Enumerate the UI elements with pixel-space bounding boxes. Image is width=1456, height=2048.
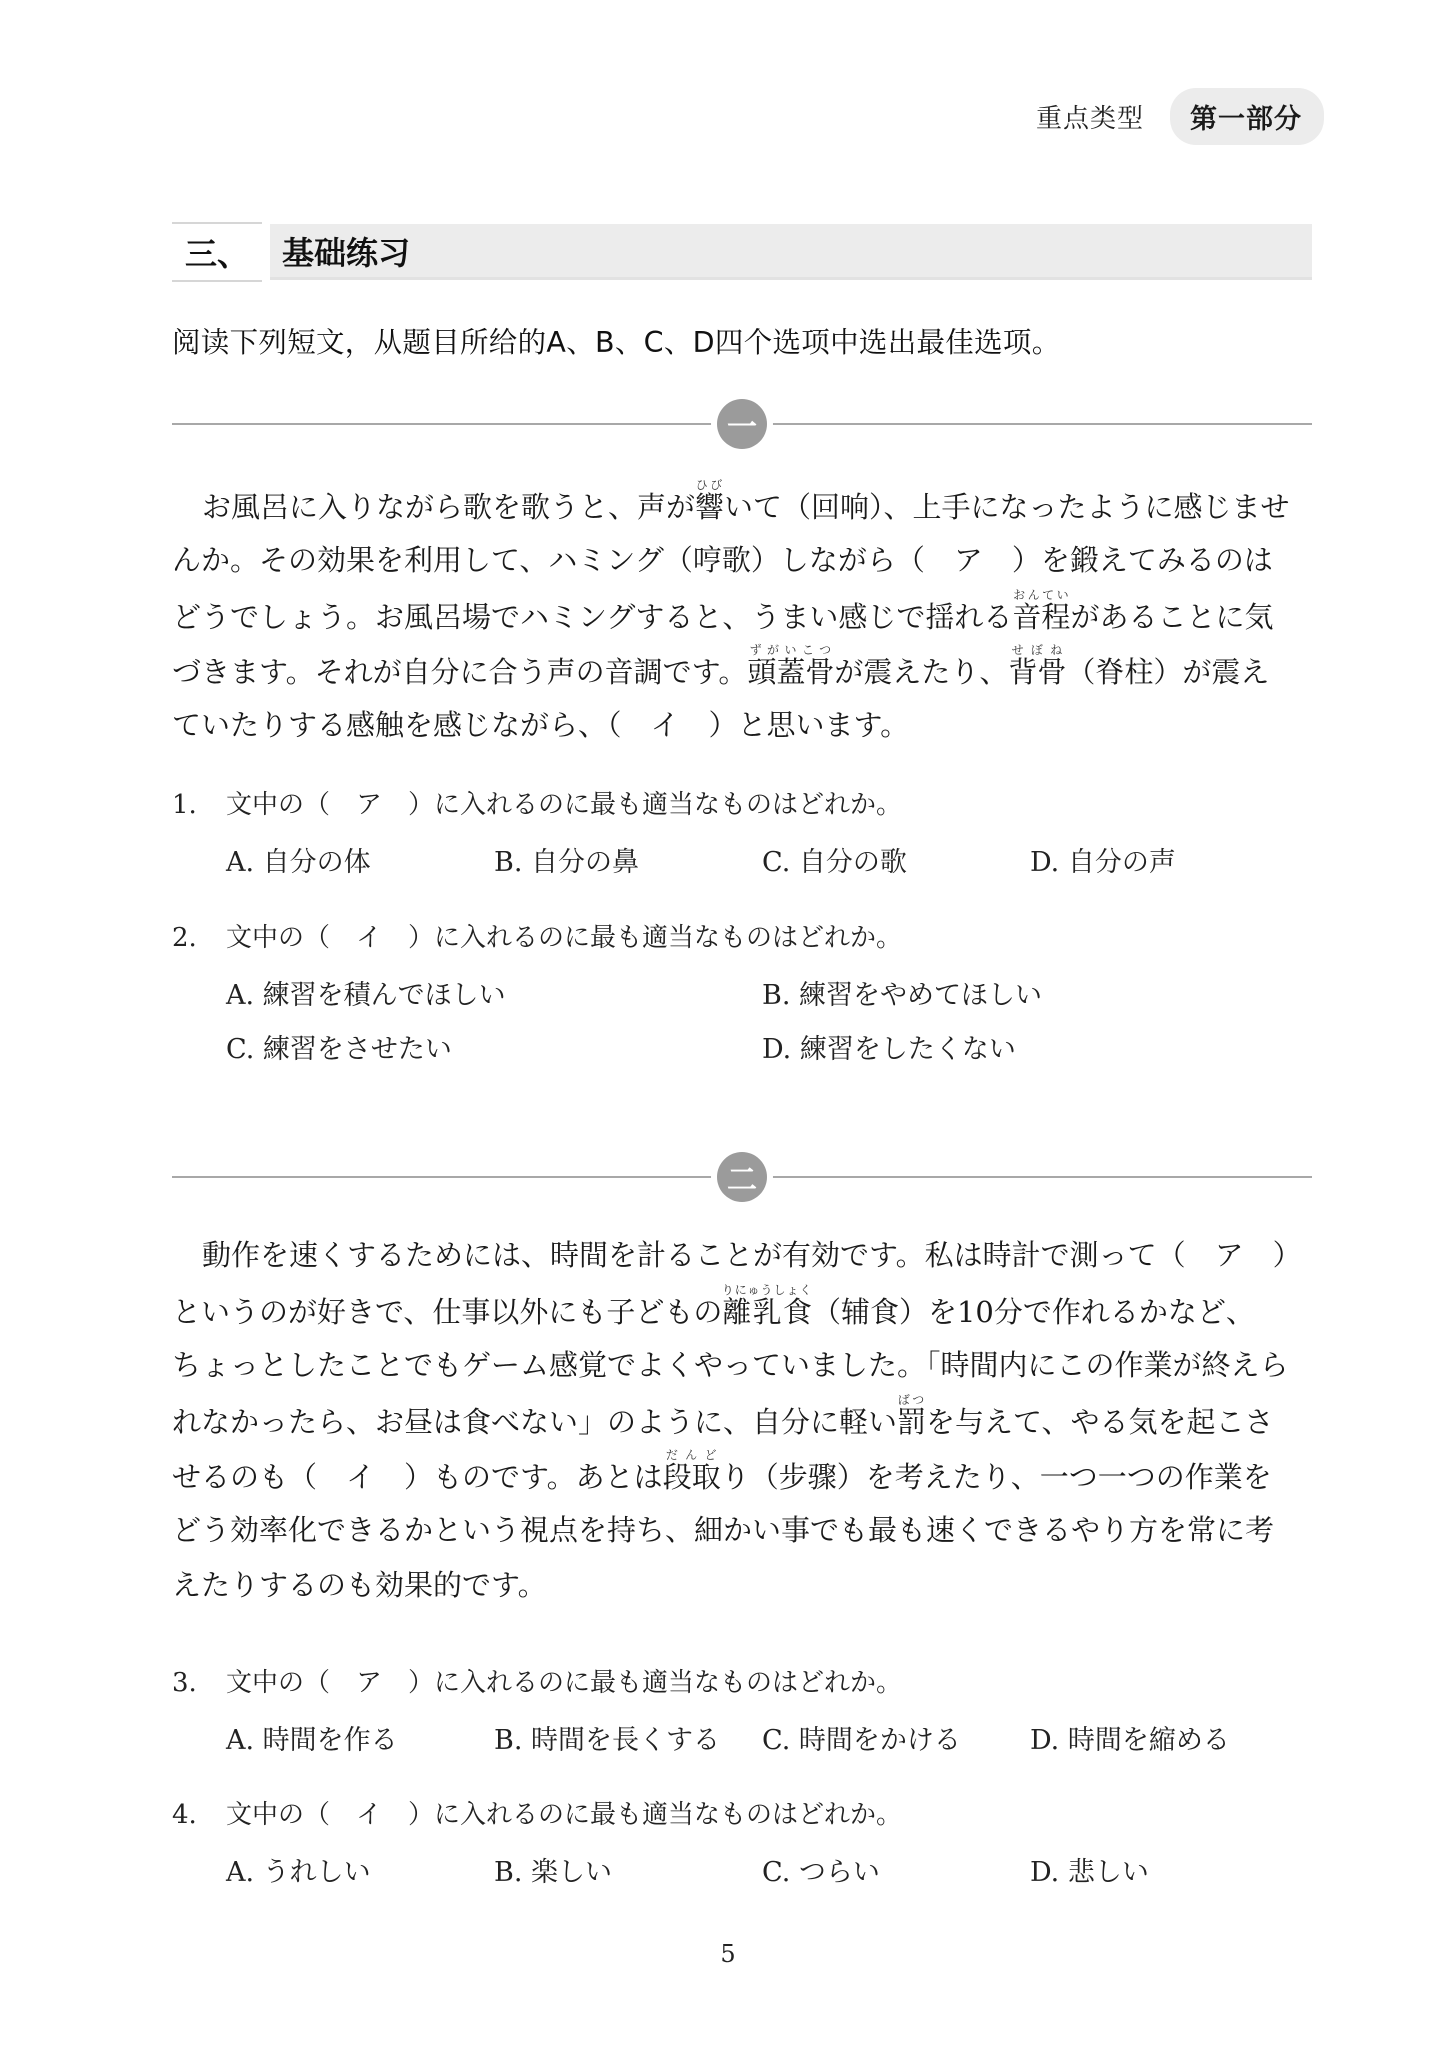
- option-c[interactable]: C. 自分の歌: [762, 843, 1030, 883]
- option-a[interactable]: A. うれしい: [226, 1853, 494, 1893]
- passage-line: 動作を速くするためには、時間を計ることが有効です。私は時計で測って（ ア ）: [172, 1228, 1312, 1283]
- furigana: 音程おんてい: [1012, 600, 1070, 634]
- passage-divider-2: 二: [172, 1147, 1312, 1207]
- option-a[interactable]: A. 時間を作る: [226, 1721, 494, 1761]
- question-1: 1.文中の（ ア ）に入れるのに最も適当なものはどれか。 A. 自分の体 B. …: [172, 785, 1312, 883]
- option-b[interactable]: B. 楽しい: [494, 1853, 762, 1893]
- header-type-label: 重点类型: [1036, 98, 1144, 135]
- furigana: 離乳食りにゅうしょく: [722, 1295, 812, 1329]
- option-d[interactable]: D. 自分の声: [1030, 843, 1298, 883]
- passage-line: どう効率化できるかという視点を持ち、細かい事でも最も速くできるやり方を常に考: [172, 1503, 1312, 1558]
- section-title: 三、 基础练习: [172, 222, 1312, 282]
- passage-line: れなかったら、お昼は食べない」のように、自分に軽い罰ばつを与えて、やる気を起こさ: [172, 1393, 1312, 1448]
- question-4: 4.文中の（ イ ）に入れるのに最も適当なものはどれか。 A. うれしい B. …: [172, 1795, 1312, 1893]
- furigana: 頭蓋骨ずがいこつ: [747, 655, 834, 689]
- section-heading: 基础练习: [270, 224, 1312, 280]
- question-number: 3.: [172, 1663, 226, 1703]
- passage-line: んか。その効果を利用して、ハミング（哼歌）しながら（ ア ）を鍛えてみるのは: [172, 533, 1312, 588]
- option-list: A. 練習を積んでほしい B. 練習をやめてほしい C. 練習をさせたい D. …: [226, 976, 1312, 1070]
- passage-line: づきます。それが自分に合う声の音調です。頭蓋骨ずがいこつが震えたり、背骨せぼね（…: [172, 643, 1312, 698]
- furigana: 背骨せぼね: [1008, 655, 1066, 689]
- passage-number-badge-icon: 二: [717, 1152, 767, 1202]
- option-b[interactable]: B. 練習をやめてほしい: [762, 976, 1298, 1016]
- option-list: A. 時間を作る B. 時間を長くする C. 時間をかける D. 時間を縮める: [226, 1721, 1312, 1761]
- question-number: 4.: [172, 1795, 226, 1835]
- passage-number-badge-icon: 一: [717, 399, 767, 449]
- furigana: 響ひび: [695, 490, 724, 524]
- passage-line: お風呂に入りながら歌を歌うと、声が響ひびいて（回响）、上手になったように感じませ: [172, 478, 1312, 533]
- passage-line: ちょっとしたことでもゲーム感覚でよくやっていました。「時間内にこの作業が終えら: [172, 1338, 1312, 1393]
- textbook-page: 重点类型 第一部分 三、 基础练习 阅读下列短文，从题目所给的A、B、C、D四个…: [0, 0, 1456, 2048]
- question-number: 1.: [172, 785, 226, 825]
- question-stem: 3.文中の（ ア ）に入れるのに最も適当なものはどれか。: [172, 1663, 1312, 1703]
- furigana: 段取だんど: [663, 1460, 721, 1494]
- running-header: 重点类型 第一部分: [1036, 88, 1324, 145]
- option-c[interactable]: C. つらい: [762, 1853, 1030, 1893]
- passage-2: 動作を速くするためには、時間を計ることが有効です。私は時計で測って（ ア ） と…: [172, 1228, 1312, 1613]
- instruction-text: 阅读下列短文，从题目所给的A、B、C、D四个选项中选出最佳选项。: [172, 320, 1061, 361]
- option-list: A. 自分の体 B. 自分の鼻 C. 自分の歌 D. 自分の声: [226, 843, 1312, 883]
- option-a[interactable]: A. 練習を積んでほしい: [226, 976, 762, 1016]
- passage-line: ていたりする感触を感じながら、（ イ ）と思います。: [172, 698, 1312, 753]
- question-3: 3.文中の（ ア ）に入れるのに最も適当なものはどれか。 A. 時間を作る B.…: [172, 1663, 1312, 1761]
- option-c[interactable]: C. 時間をかける: [762, 1721, 1030, 1761]
- furigana: 罰ばつ: [897, 1405, 926, 1439]
- passage-line: えたりするのも効果的です。: [172, 1558, 1312, 1613]
- option-a[interactable]: A. 自分の体: [226, 843, 494, 883]
- option-d[interactable]: D. 時間を縮める: [1030, 1721, 1298, 1761]
- question-number: 2.: [172, 918, 226, 958]
- section-number: 三、: [172, 222, 262, 282]
- question-stem: 4.文中の（ イ ）に入れるのに最も適当なものはどれか。: [172, 1795, 1312, 1835]
- option-c[interactable]: C. 練習をさせたい: [226, 1030, 762, 1070]
- passage-divider-1: 一: [172, 394, 1312, 454]
- passage-1: お風呂に入りながら歌を歌うと、声が響ひびいて（回响）、上手になったように感じませ…: [172, 478, 1312, 753]
- passage-line: せるのも（ イ ）ものです。あとは段取だんどり（步骤）を考えたり、一つ一つの作業…: [172, 1448, 1312, 1503]
- question-stem: 2.文中の（ イ ）に入れるのに最も適当なものはどれか。: [172, 918, 1312, 958]
- page-number: 5: [0, 1940, 1456, 1968]
- passage-line: というのが好きで、仕事以外にも子どもの離乳食りにゅうしょく（辅食）を10分で作れ…: [172, 1283, 1312, 1338]
- passage-line: どうでしょう。お風呂場でハミングすると、うまい感じで揺れる音程おんていがあること…: [172, 588, 1312, 643]
- option-d[interactable]: D. 練習をしたくない: [762, 1030, 1298, 1070]
- option-b[interactable]: B. 自分の鼻: [494, 843, 762, 883]
- header-part-pill: 第一部分: [1170, 88, 1324, 145]
- option-d[interactable]: D. 悲しい: [1030, 1853, 1298, 1893]
- option-b[interactable]: B. 時間を長くする: [494, 1721, 762, 1761]
- question-2: 2.文中の（ イ ）に入れるのに最も適当なものはどれか。 A. 練習を積んでほし…: [172, 918, 1312, 1070]
- option-list: A. うれしい B. 楽しい C. つらい D. 悲しい: [226, 1853, 1312, 1893]
- question-stem: 1.文中の（ ア ）に入れるのに最も適当なものはどれか。: [172, 785, 1312, 825]
